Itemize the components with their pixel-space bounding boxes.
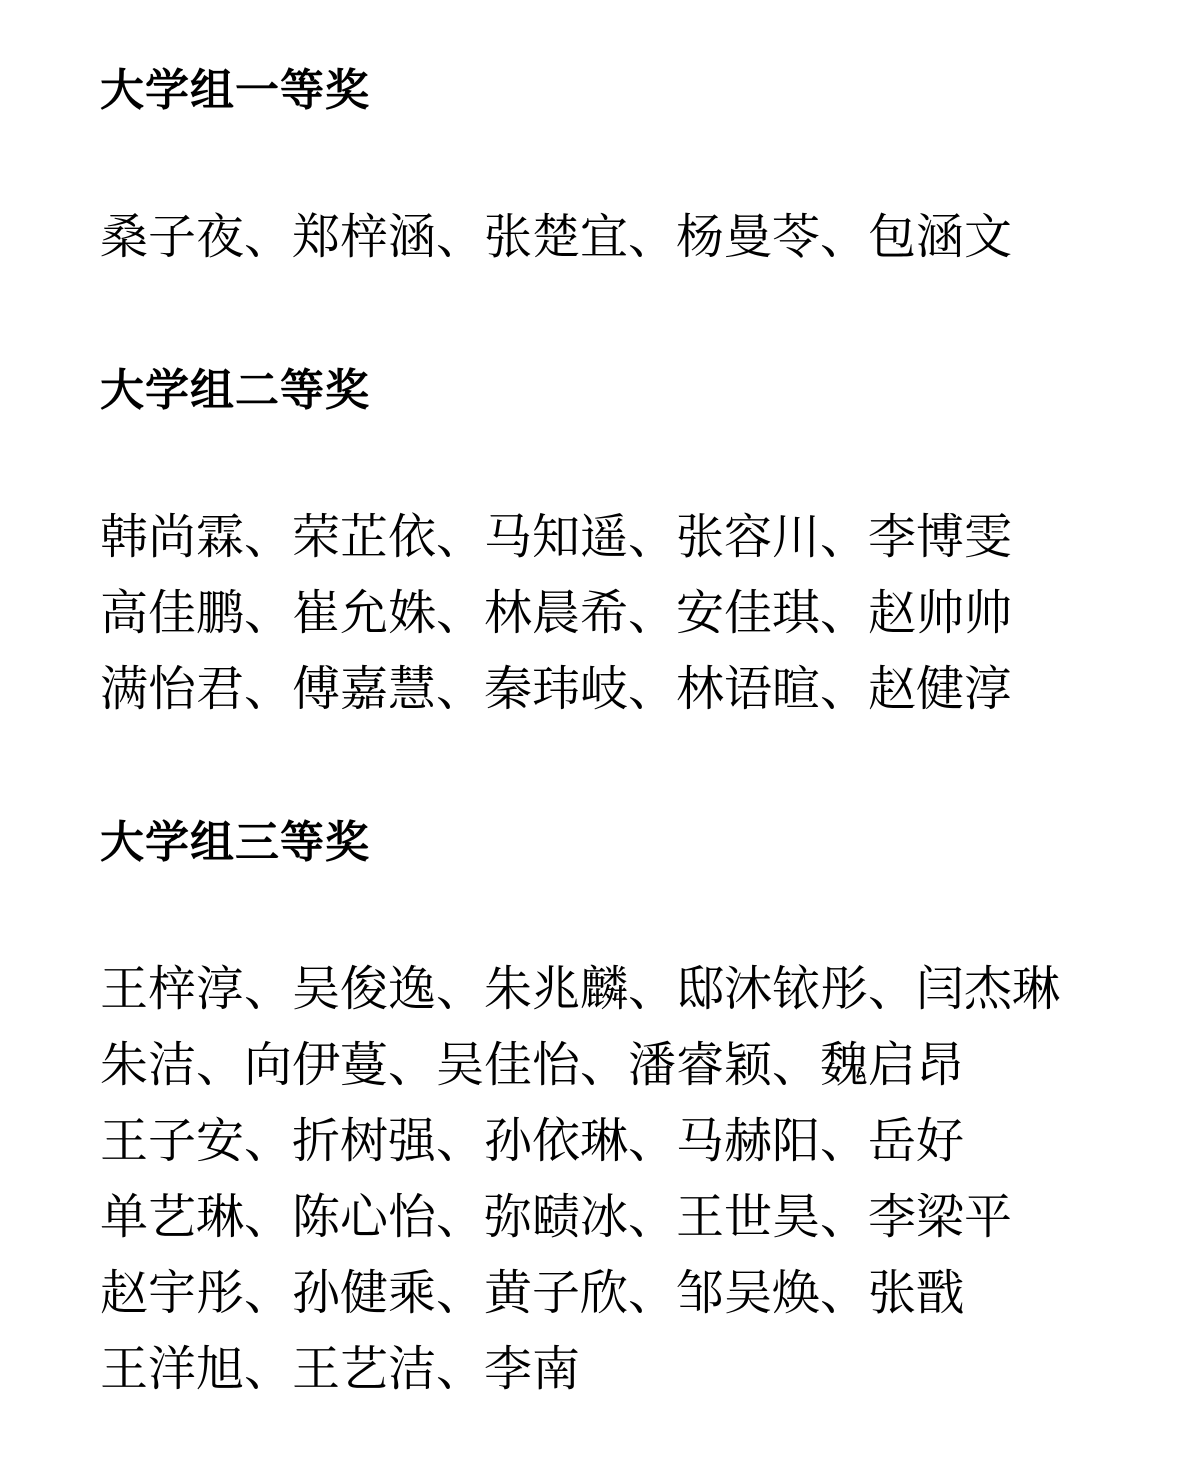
group-third-prize: 大学组三等奖 王梓淳、吴俊逸、朱兆麟、邸沐铱彤、闫杰琳 朱洁、向伊蔓、吴佳怡、潘… <box>100 819 1169 1408</box>
winner-names-third-prize: 王梓淳、吴俊逸、朱兆麟、邸沐铱彤、闫杰琳 朱洁、向伊蔓、吴佳怡、潘睿颖、魏启昂 … <box>100 952 1169 1408</box>
group-title-first-prize: 大学组一等奖 <box>100 67 1169 115</box>
group-second-prize: 大学组二等奖 韩尚霖、荣芷依、马知遥、张容川、李博雯 高佳鹏、崔允姝、林晨希、安… <box>100 367 1169 728</box>
name-line: 单艺琳、陈心怡、弥赜冰、王世昊、李梁平 <box>100 1180 1169 1256</box>
name-line: 王子安、折树强、孙依琳、马赫阳、岳好 <box>100 1104 1169 1180</box>
name-line: 朱洁、向伊蔓、吴佳怡、潘睿颖、魏启昂 <box>100 1028 1169 1104</box>
award-winners-document: 大学组一等奖 桑子夜、郑梓涵、张楚宜、杨曼苓、包涵文 大学组二等奖 韩尚霖、荣芷… <box>0 0 1199 1475</box>
name-line: 高佳鹏、崔允姝、林晨希、安佳琪、赵帅帅 <box>100 576 1169 652</box>
winner-names-second-prize: 韩尚霖、荣芷依、马知遥、张容川、李博雯 高佳鹏、崔允姝、林晨希、安佳琪、赵帅帅 … <box>100 500 1169 728</box>
group-first-prize: 大学组一等奖 桑子夜、郑梓涵、张楚宜、杨曼苓、包涵文 <box>100 67 1169 276</box>
name-line: 满怡君、傅嘉慧、秦玮岐、林语暄、赵健淳 <box>100 652 1169 728</box>
name-line: 王梓淳、吴俊逸、朱兆麟、邸沐铱彤、闫杰琳 <box>100 952 1169 1028</box>
name-line: 王洋旭、王艺洁、李南 <box>100 1332 1169 1408</box>
name-line: 韩尚霖、荣芷依、马知遥、张容川、李博雯 <box>100 500 1169 576</box>
group-title-second-prize: 大学组二等奖 <box>100 367 1169 415</box>
name-line: 桑子夜、郑梓涵、张楚宜、杨曼苓、包涵文 <box>100 200 1169 276</box>
winner-names-first-prize: 桑子夜、郑梓涵、张楚宜、杨曼苓、包涵文 <box>100 200 1169 276</box>
name-line: 赵宇彤、孙健乘、黄子欣、邹吴焕、张戬 <box>100 1256 1169 1332</box>
group-title-third-prize: 大学组三等奖 <box>100 819 1169 867</box>
